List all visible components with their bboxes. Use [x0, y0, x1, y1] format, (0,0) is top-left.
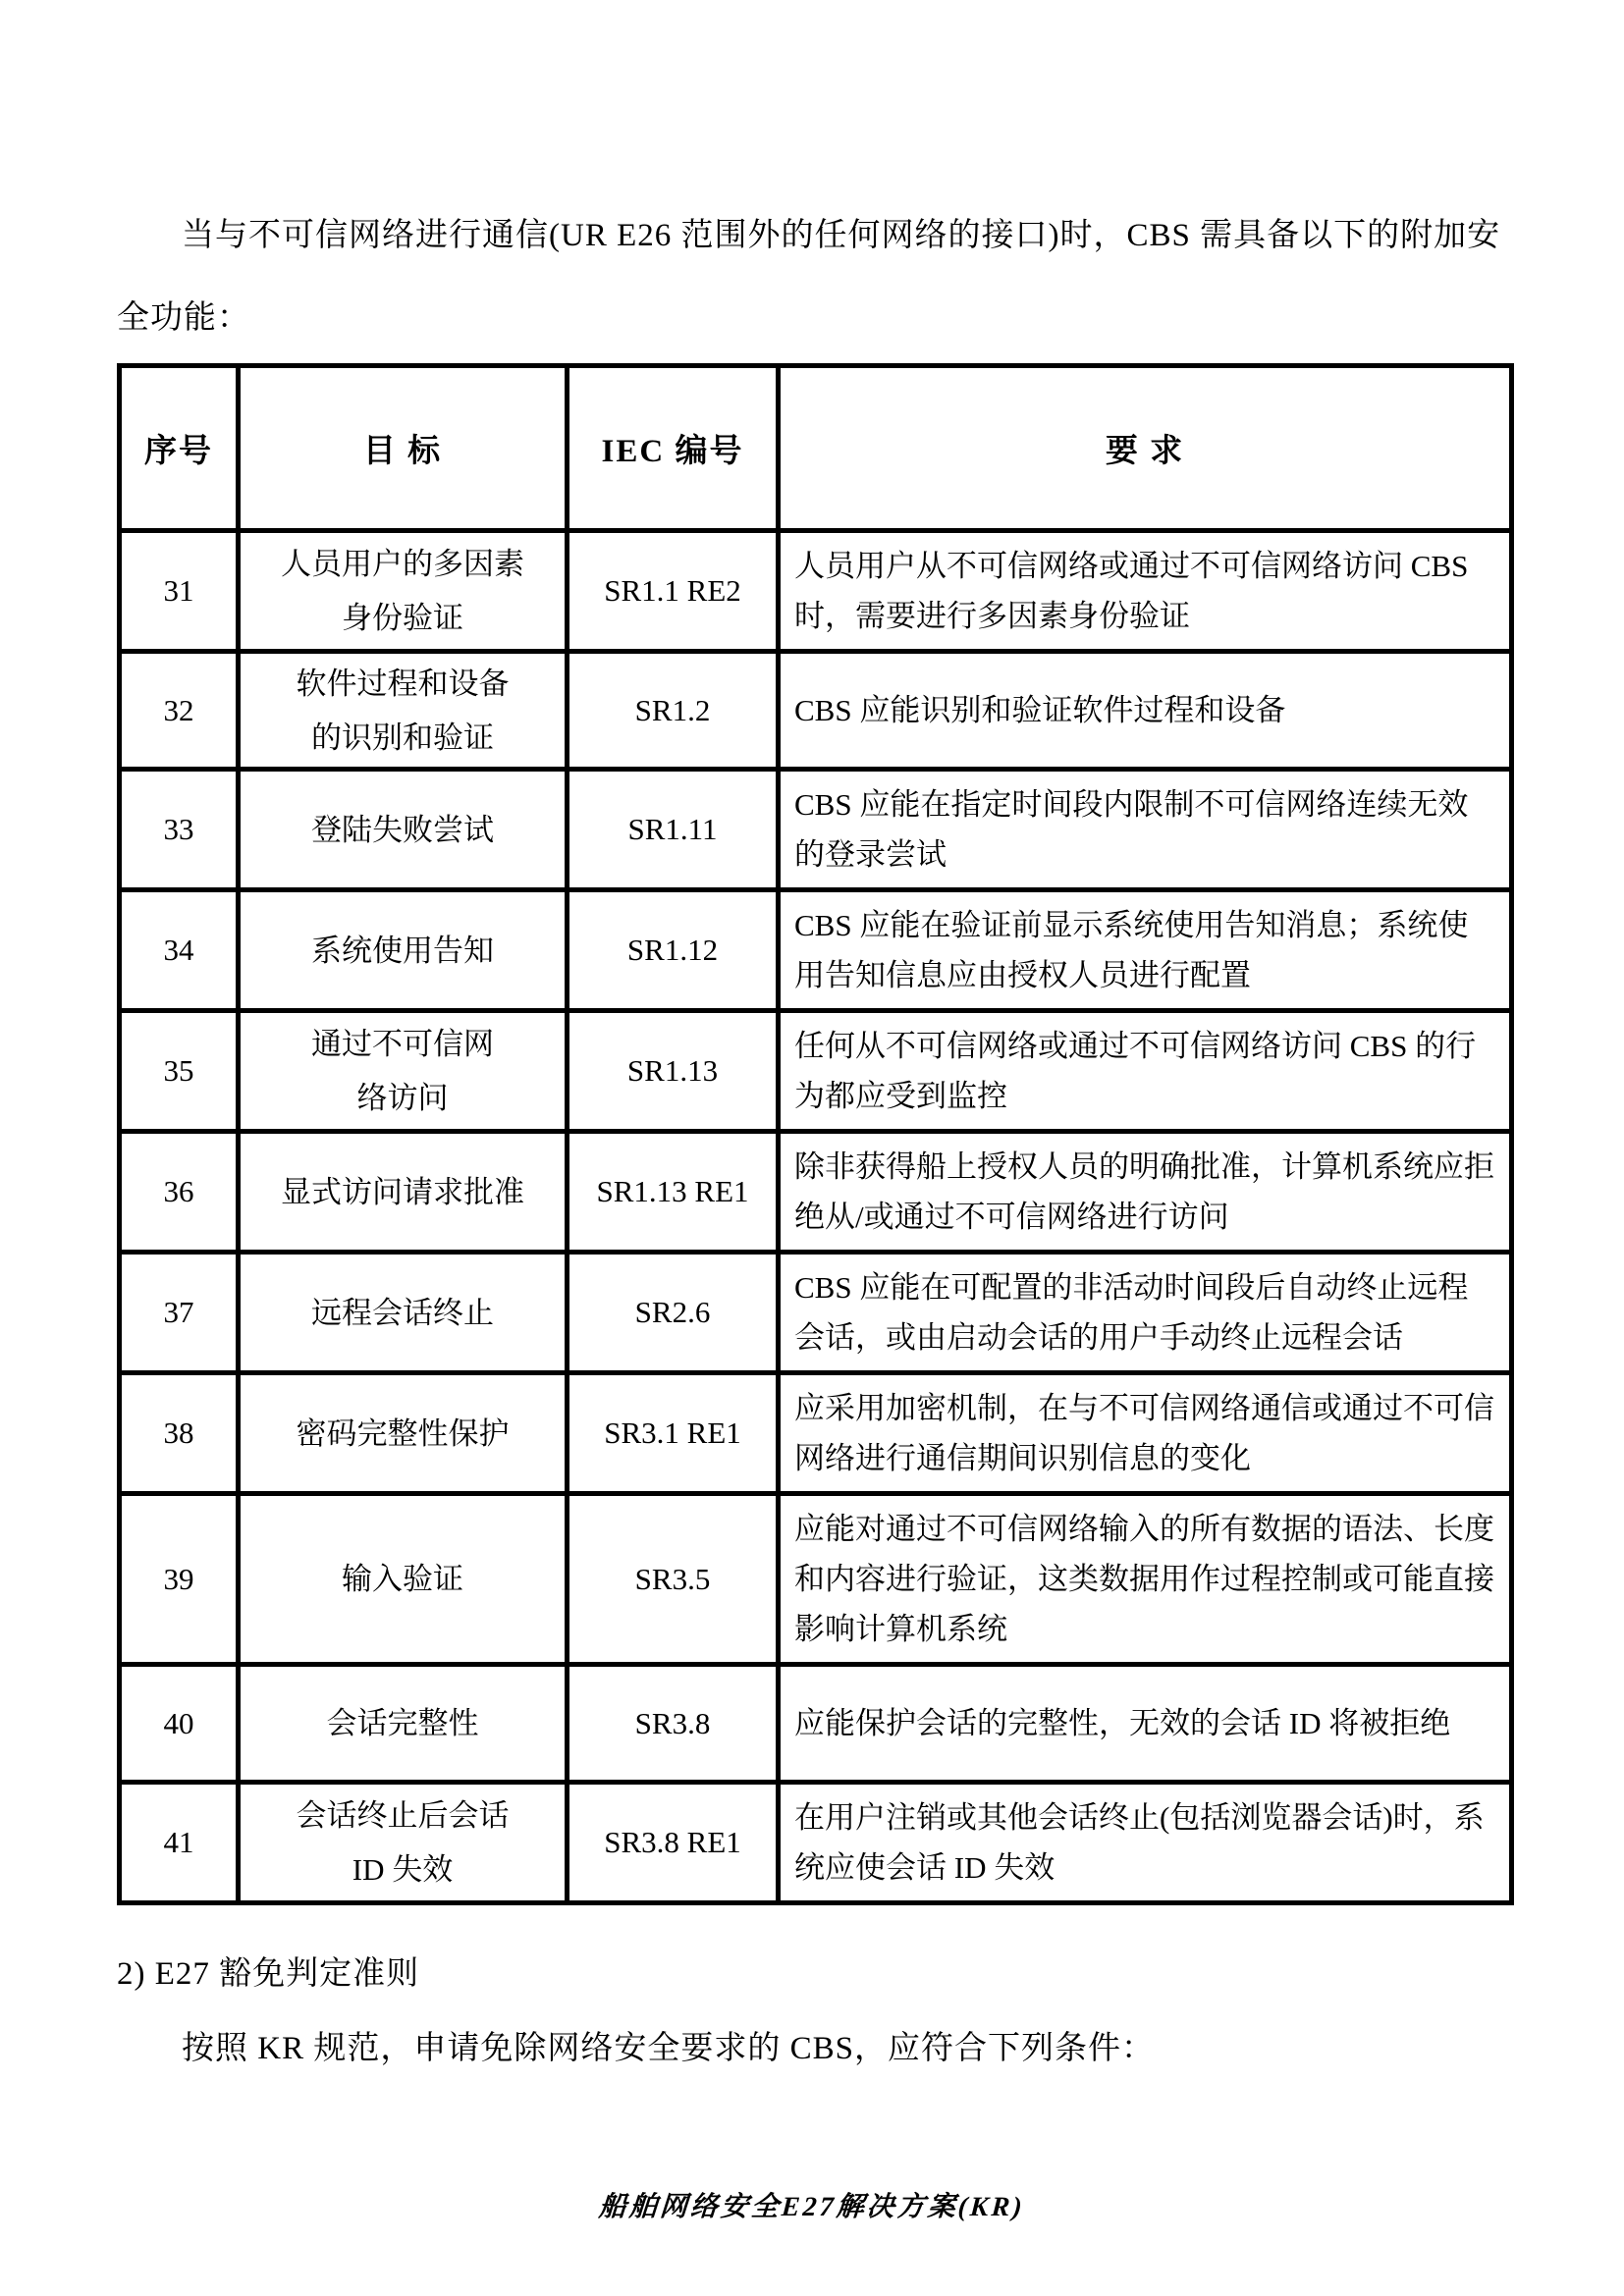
requirement-cell: 人员用户从不可信网络或通过不可信网络访问 CBS 时，需要进行多因素身份验证 [779, 531, 1512, 652]
row-number-cell: 39 [120, 1494, 239, 1665]
table-row: 34 系统使用告知 SR1.12 CBS 应能在验证前显示系统使用告知消息；系统… [120, 890, 1512, 1011]
row-number-cell: 38 [120, 1373, 239, 1494]
table-row: 35 通过不可信网 络访问 SR1.13 任何从不可信网络或通过不可信网络访问 … [120, 1011, 1512, 1132]
table-row: 39 输入验证 SR3.5 应能对通过不可信网络输入的所有数据的语法、长度和内容… [120, 1494, 1512, 1665]
target-cell: 会话完整性 [239, 1665, 568, 1783]
target-cell: 人员用户的多因素 身份验证 [239, 531, 568, 652]
table-row: 40 会话完整性 SR3.8 应能保护会话的完整性，无效的会话 ID 将被拒绝 [120, 1665, 1512, 1783]
target-cell: 软件过程和设备 的识别和验证 [239, 652, 568, 770]
row-number-cell: 41 [120, 1783, 239, 1903]
iec-number-cell: SR1.13 [568, 1011, 779, 1132]
target-cell: 登陆失败尝试 [239, 770, 568, 890]
section-heading: 2) E27 豁免判定准则 [117, 1951, 1512, 1997]
section-paragraph: 按照 KR 规范，申请免除网络安全要求的 CBS，应符合下列条件： [117, 2026, 1512, 2071]
target-cell: 密码完整性保护 [239, 1373, 568, 1494]
iec-number-cell: SR3.5 [568, 1494, 779, 1665]
row-number-cell: 32 [120, 652, 239, 770]
iec-number-cell: SR1.11 [568, 770, 779, 890]
column-header-iec: IEC 编号 [568, 366, 779, 531]
requirement-cell: 应采用加密机制，在与不可信网络通信或通过不可信网络进行通信期间识别信息的变化 [779, 1373, 1512, 1494]
iec-number-cell: SR3.1 RE1 [568, 1373, 779, 1494]
iec-number-cell: SR1.12 [568, 890, 779, 1011]
column-header-target: 目 标 [239, 366, 568, 531]
target-cell: 输入验证 [239, 1494, 568, 1665]
target-cell: 通过不可信网 络访问 [239, 1011, 568, 1132]
requirement-cell: 在用户注销或其他会话终止(包括浏览器会话)时，系统应使会话 ID 失效 [779, 1783, 1512, 1903]
table-row: 33 登陆失败尝试 SR1.11 CBS 应能在指定时间段内限制不可信网络连续无… [120, 770, 1512, 890]
document-page: 当与不可信网络进行通信(UR E26 范围外的任何网络的接口)时，CBS 需具备… [0, 0, 1624, 2296]
security-requirements-table: 序号 目 标 IEC 编号 要 求 31 人员用户的多因素 身份验证 SR1.1… [117, 363, 1514, 1905]
iec-number-cell: SR3.8 RE1 [568, 1783, 779, 1903]
table-header: 序号 目 标 IEC 编号 要 求 [120, 366, 1512, 531]
iec-number-cell: SR2.6 [568, 1253, 779, 1373]
row-number-cell: 33 [120, 770, 239, 890]
intro-paragraph: 当与不可信网络进行通信(UR E26 范围外的任何网络的接口)时，CBS 需具备… [117, 194, 1512, 359]
column-header-no: 序号 [120, 366, 239, 531]
requirement-cell: 应能保护会话的完整性，无效的会话 ID 将被拒绝 [779, 1665, 1512, 1783]
row-number-cell: 40 [120, 1665, 239, 1783]
requirement-cell: CBS 应能识别和验证软件过程和设备 [779, 652, 1512, 770]
column-header-requirement: 要 求 [779, 366, 1512, 531]
iec-number-cell: SR3.8 [568, 1665, 779, 1783]
row-number-cell: 31 [120, 531, 239, 652]
requirement-cell: CBS 应能在指定时间段内限制不可信网络连续无效的登录尝试 [779, 770, 1512, 890]
target-cell: 远程会话终止 [239, 1253, 568, 1373]
requirement-cell: CBS 应能在验证前显示系统使用告知消息；系统使用告知信息应由授权人员进行配置 [779, 890, 1512, 1011]
target-cell: 会话终止后会话 ID 失效 [239, 1783, 568, 1903]
row-number-cell: 37 [120, 1253, 239, 1373]
iec-number-cell: SR1.1 RE2 [568, 531, 779, 652]
table-row: 41 会话终止后会话 ID 失效 SR3.8 RE1 在用户注销或其他会话终止(… [120, 1783, 1512, 1903]
table-header-row: 序号 目 标 IEC 编号 要 求 [120, 366, 1512, 531]
table-row: 38 密码完整性保护 SR3.1 RE1 应采用加密机制，在与不可信网络通信或通… [120, 1373, 1512, 1494]
requirement-cell: 任何从不可信网络或通过不可信网络访问 CBS 的行为都应受到监控 [779, 1011, 1512, 1132]
table-row: 37 远程会话终止 SR2.6 CBS 应能在可配置的非活动时间段后自动终止远程… [120, 1253, 1512, 1373]
target-cell: 显式访问请求批准 [239, 1132, 568, 1253]
table-row: 32 软件过程和设备 的识别和验证 SR1.2 CBS 应能识别和验证软件过程和… [120, 652, 1512, 770]
table-row: 31 人员用户的多因素 身份验证 SR1.1 RE2 人员用户从不可信网络或通过… [120, 531, 1512, 652]
row-number-cell: 36 [120, 1132, 239, 1253]
requirement-cell: CBS 应能在可配置的非活动时间段后自动终止远程会话，或由启动会话的用户手动终止… [779, 1253, 1512, 1373]
iec-number-cell: SR1.2 [568, 652, 779, 770]
row-number-cell: 35 [120, 1011, 239, 1132]
row-number-cell: 34 [120, 890, 239, 1011]
target-cell: 系统使用告知 [239, 890, 568, 1011]
table-row: 36 显式访问请求批准 SR1.13 RE1 除非获得船上授权人员的明确批准，计… [120, 1132, 1512, 1253]
page-footer: 船舶网络安全E27解决方案(KR) [0, 2185, 1624, 2224]
requirements-table-body: 31 人员用户的多因素 身份验证 SR1.1 RE2 人员用户从不可信网络或通过… [120, 531, 1512, 1903]
iec-number-cell: SR1.13 RE1 [568, 1132, 779, 1253]
requirement-cell: 应能对通过不可信网络输入的所有数据的语法、长度和内容进行验证，这类数据用作过程控… [779, 1494, 1512, 1665]
requirement-cell: 除非获得船上授权人员的明确批准，计算机系统应拒绝从/或通过不可信网络进行访问 [779, 1132, 1512, 1253]
